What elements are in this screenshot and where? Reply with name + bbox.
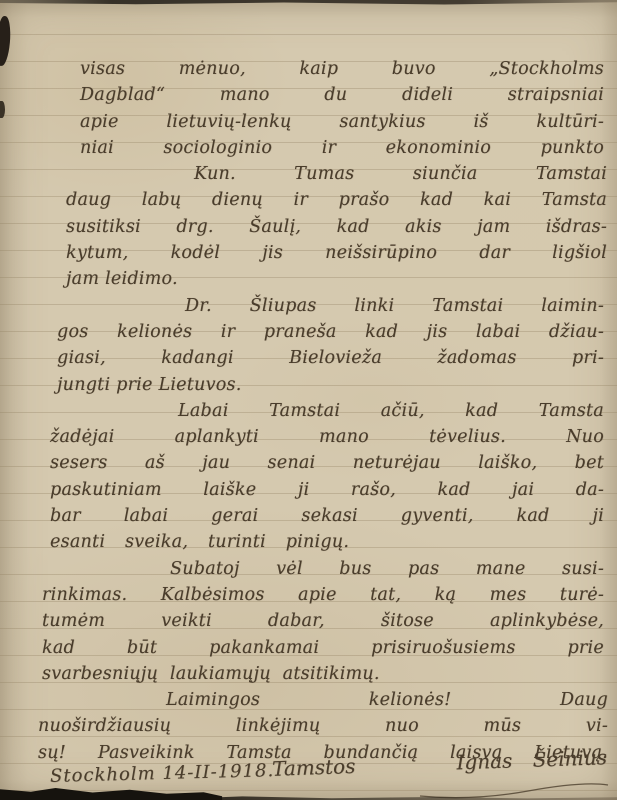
handwriting-line: daug labų dienų ir prašo kad kai Tamsta	[66, 187, 607, 213]
paragraph: Subatoj vėl bus pas mane susi-rinkimas. …	[42, 556, 604, 687]
handwriting-line: rinkimas. Kalbėsimos apie tat, ką mes tu…	[42, 582, 604, 608]
signature-name: Ignas Šeinius	[456, 745, 607, 774]
handwriting-line: sesers aš jau senai neturėjau laiško, be…	[50, 450, 604, 476]
paragraph: visas mėnuo, kaip buvo „StockholmsDagbla…	[80, 56, 604, 161]
handwriting-line: kad būt pakankamai prisiruošusiems prie	[42, 635, 604, 661]
handwriting-line: giasi, kadangi Bielovieža žadomas pri-	[57, 345, 604, 371]
handwriting-line: Subatoj vėl bus pas mane susi-	[42, 556, 604, 582]
handwriting-line: niai sociologinio ir ekonominio punkto	[80, 135, 604, 161]
handwriting-line: kytum, kodėl jis neišsirūpino dar ligšio…	[66, 240, 607, 266]
handwriting-line: visas mėnuo, kaip buvo „Stockholms	[80, 56, 604, 82]
letter-page: visas mėnuo, kaip buvo „StockholmsDagbla…	[0, 0, 617, 800]
handwriting-line: Kun. Tumas siunčia Tamstai	[66, 161, 607, 187]
handwriting-line: Dagblad“ mano du dideli straipsniai	[80, 82, 604, 108]
handwriting-line: bar labai gerai sekasi gyventi, kad ji	[50, 503, 604, 529]
handwriting-line: apie lietuvių-lenkų santykius iš kultūri…	[80, 109, 604, 135]
scan-top-edge	[0, 0, 617, 5]
paragraph: Labai Tamstai ačiū, kad Tamstažadėjai ap…	[50, 398, 604, 556]
handwriting-line: jungti prie Lietuvos.	[57, 372, 604, 398]
paragraph: Kun. Tumas siunčia Tamstaidaug labų dien…	[66, 161, 607, 292]
signature-closing: Tamstos	[272, 754, 356, 781]
paragraph: Dr. Šliupas linki Tamstai laimin-gos kel…	[57, 293, 604, 398]
dateline: Stockholm 14-II-1918.	[50, 760, 275, 787]
handwriting-line: jam leidimo.	[66, 266, 607, 292]
signature-flourish	[418, 783, 610, 799]
handwriting-line: Labai Tamstai ačiū, kad Tamsta	[50, 398, 604, 424]
handwriting-line: Laimingos kelionės! Daug	[38, 687, 608, 713]
handwriting-line: esanti sveika, turinti pinigų.	[50, 529, 604, 555]
handwriting-line: svarbesniųjų laukiamųjų atsitikimų.	[42, 661, 604, 687]
handwriting-line: tumėm veikti dabar, šitose aplinkybėse,	[42, 608, 604, 634]
handwriting-line: paskutiniam laiške ji rašo, kad jai da-	[50, 477, 604, 503]
handwriting-line: žadėjai aplankyti mano tėvelius. Nuo	[50, 424, 604, 450]
handwriting-line: gos kelionės ir praneša kad jis labai dž…	[57, 319, 604, 345]
letter-body: visas mėnuo, kaip buvo „StockholmsDagbla…	[0, 56, 617, 766]
handwriting-line: susitiksi drg. Šaulį, kad akis jam išdra…	[66, 214, 607, 240]
handwriting-line: Dr. Šliupas linki Tamstai laimin-	[57, 293, 604, 319]
handwriting-line: nuoširdžiausių linkėjimų nuo mūs vi-	[38, 713, 608, 739]
